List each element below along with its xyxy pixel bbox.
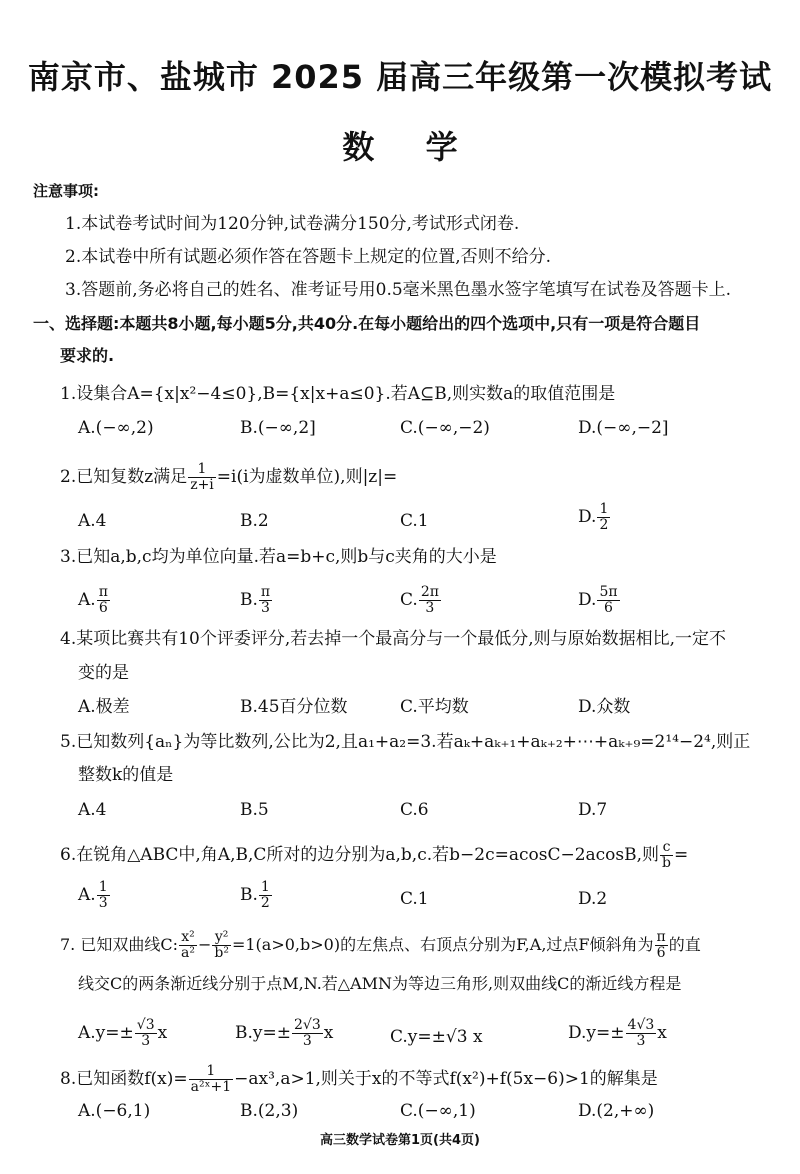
question-4-stem-line2: 变的是 (78, 662, 129, 684)
q4-option-a: A.极差 (78, 696, 130, 718)
question-8-stem: 8.已知函数f(x)=1a²ˣ+1−ax³,a>1,则关于x的不等式f(x²)+… (60, 1064, 658, 1095)
q2-stem-pre: 2.已知复数z满足 (60, 467, 187, 487)
q7-option-c: C.y=±√3 x (390, 1026, 483, 1048)
q8-option-a: A.(−6,1) (78, 1100, 150, 1122)
q8-option-c: C.(−∞,1) (400, 1100, 476, 1122)
q6-fraction: cb (660, 840, 673, 871)
q3-option-a: A.π6 (78, 585, 111, 616)
q1-option-b: B.(−∞,2] (240, 417, 316, 439)
q6-option-b: B.12 (240, 880, 273, 911)
question-7-stem-line1: 7. 已知双曲线C:x²a²−y²b²=1(a>0,b>0)的左焦点、右顶点分别… (60, 930, 701, 961)
q2-option-a: A.4 (78, 510, 107, 532)
q2-option-c: C.1 (400, 510, 429, 532)
q4-option-b: B.45百分位数 (240, 696, 348, 718)
question-2-stem: 2.已知复数z满足1z+i=i(i为虚数单位),则|z|= (60, 462, 397, 493)
question-6-stem: 6.在锐角△ABC中,角A,B,C所对的边分别为a,b,c.若b−2c=acos… (60, 840, 688, 871)
q7-option-a: A.y=±√33x (78, 1018, 167, 1049)
notice-item-1: 1.本试卷考试时间为120分钟,试卷满分150分,考试形式闭卷. (65, 213, 519, 235)
question-1-stem: 1.设集合A={x|x²−4≤0},B={x|x+a≤0}.若A⊆B,则实数a的… (60, 383, 615, 405)
question-7-stem-line2: 线交C的两条渐近线分别于点M,N.若△AMN为等边三角形,则双曲线C的渐近线方程… (78, 973, 681, 995)
q8-fraction: 1a²ˣ+1 (189, 1064, 234, 1095)
q7-option-d: D.y=±4√33x (568, 1018, 667, 1049)
q7-option-b: B.y=±2√33x (235, 1018, 333, 1049)
section-heading: 一、选择题:本题共8小题,每小题5分,共40分.在每小题给出的四个选项中,只有一… (33, 313, 700, 335)
q1-option-a: A.(−∞,2) (78, 417, 154, 439)
exam-title: 南京市、盐城市 2025 届高三年级第一次模拟考试 (0, 52, 800, 98)
q8-option-d: D.(2,+∞) (578, 1100, 654, 1122)
q6-option-d: D.2 (578, 888, 607, 910)
q4-option-c: C.平均数 (400, 696, 469, 718)
notice-heading: 注意事项: (33, 180, 99, 202)
q5-option-d: D.7 (578, 799, 607, 821)
question-3-stem: 3.已知a,b,c均为单位向量.若a=b+c,则b与c夹角的大小是 (60, 546, 497, 568)
q5-option-a: A.4 (78, 799, 107, 821)
notice-item-3: 3.答题前,务必将自己的姓名、准考证号用0.5毫米黑色墨水签字笔填写在试卷及答题… (65, 279, 731, 301)
q3-option-b: B.π3 (240, 585, 273, 616)
q5-option-b: B.5 (240, 799, 269, 821)
q3-option-c: C.2π3 (400, 585, 442, 616)
q8-option-b: B.(2,3) (240, 1100, 298, 1122)
section-heading-cont: 要求的. (60, 345, 114, 367)
question-4-stem-line1: 4.某项比赛共有10个评委评分,若去掉一个最高分与一个最低分,则与原始数据相比,… (60, 628, 726, 650)
q6-option-c: C.1 (400, 888, 429, 910)
q2-option-b: B.2 (240, 510, 269, 532)
q1-option-c: C.(−∞,−2) (400, 417, 490, 439)
question-5-stem-line1: 5.已知数列{aₙ}为等比数列,公比为2,且a₁+a₂=3.若aₖ+aₖ₊₁+a… (60, 731, 750, 753)
q5-option-c: C.6 (400, 799, 429, 821)
q4-option-d: D.众数 (578, 696, 630, 718)
q3-option-d: D.5π6 (578, 585, 621, 616)
q1-option-d: D.(−∞,−2] (578, 417, 669, 439)
question-5-stem-line2: 整数k的值是 (78, 764, 173, 786)
q2-stem-post: =i(i为虚数单位),则|z|= (217, 467, 397, 487)
notice-item-2: 2.本试卷中所有试题必须作答在答题卡上规定的位置,否则不给分. (65, 246, 551, 268)
page-footer: 高三数学试卷第1页(共4页) (0, 1129, 800, 1148)
q2-option-d: D.12 (578, 502, 611, 533)
q6-option-a: A.13 (78, 880, 111, 911)
q2-fraction: 1z+i (188, 462, 216, 493)
subject-title: 数 学 (0, 122, 800, 168)
